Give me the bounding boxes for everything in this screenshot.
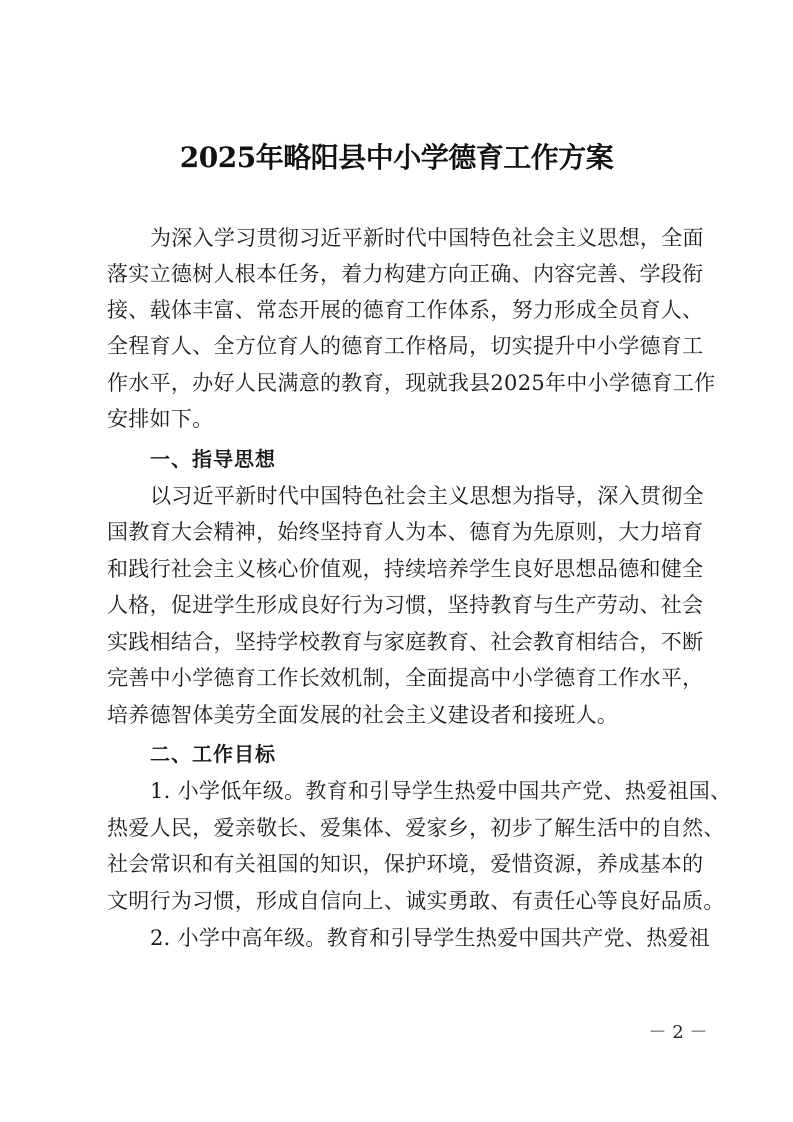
text-line: 接、载体丰富、常态开展的德育工作体系，努力形成全员育人、 <box>107 292 693 328</box>
text-line: 文明行为习惯，形成自信向上、诚实勇敢、有责任心等良好品质。 <box>107 883 693 919</box>
text-line: 实践相结合，坚持学校教育与家庭教育、社会教育相结合，不断 <box>107 624 693 660</box>
text-line: 作水平，办好人民满意的教育，现就我县2025年中小学德育工作 <box>107 365 693 401</box>
text-line: 社会常识和有关祖国的知识，保护环境，爱惜资源，养成基本的 <box>107 846 693 882</box>
text-line: 1. 小学低年级。教育和引导学生热爱中国共产党、热爱祖国、 <box>150 773 693 809</box>
text-line: 人格，促进学生形成良好行为习惯，坚持教育与生产劳动、社会 <box>107 587 693 623</box>
section-heading-work-goals: 二、工作目标 <box>150 736 276 772</box>
text-line: 以习近平新时代中国特色社会主义思想为指导，深入贯彻全 <box>150 478 693 514</box>
text-line: 安排如下。 <box>107 401 693 437</box>
text-line: 和践行社会主义核心价值观，持续培养学生良好思想品德和健全 <box>107 551 693 587</box>
text-line: 全程育人、全方位育人的德育工作格局，切实提升中小学德育工 <box>107 328 693 364</box>
text-line: 培养德智体美劳全面发展的社会主义建设者和接班人。 <box>107 697 693 733</box>
section-heading-guiding-ideology: 一、指导思想 <box>150 441 276 477</box>
text-line: 完善中小学德育工作长效机制，全面提高中小学德育工作水平， <box>107 660 693 696</box>
document-title: 2025年略阳县中小学德育工作方案 <box>0 138 793 178</box>
text-line: 2. 小学中高年级。教育和引导学生热爱中国共产党、热爱祖 <box>150 920 693 956</box>
text-line: 国教育大会精神，始终坚持育人为本、德育为先原则，大力培育 <box>107 514 693 550</box>
text-line: 落实立德树人根本任务，着力构建方向正确、内容完善、学段衔 <box>107 256 693 292</box>
text-line: 热爱人民，爱亲敬长、爱集体、爱家乡，初步了解生活中的自然、 <box>107 810 693 846</box>
page-number: － 2 － <box>648 1018 708 1044</box>
text-line: 为深入学习贯彻习近平新时代中国特色社会主义思想，全面 <box>150 220 693 256</box>
document-page: 2025年略阳县中小学德育工作方案 为深入学习贯彻习近平新时代中国特色社会主义思… <box>0 0 793 1122</box>
